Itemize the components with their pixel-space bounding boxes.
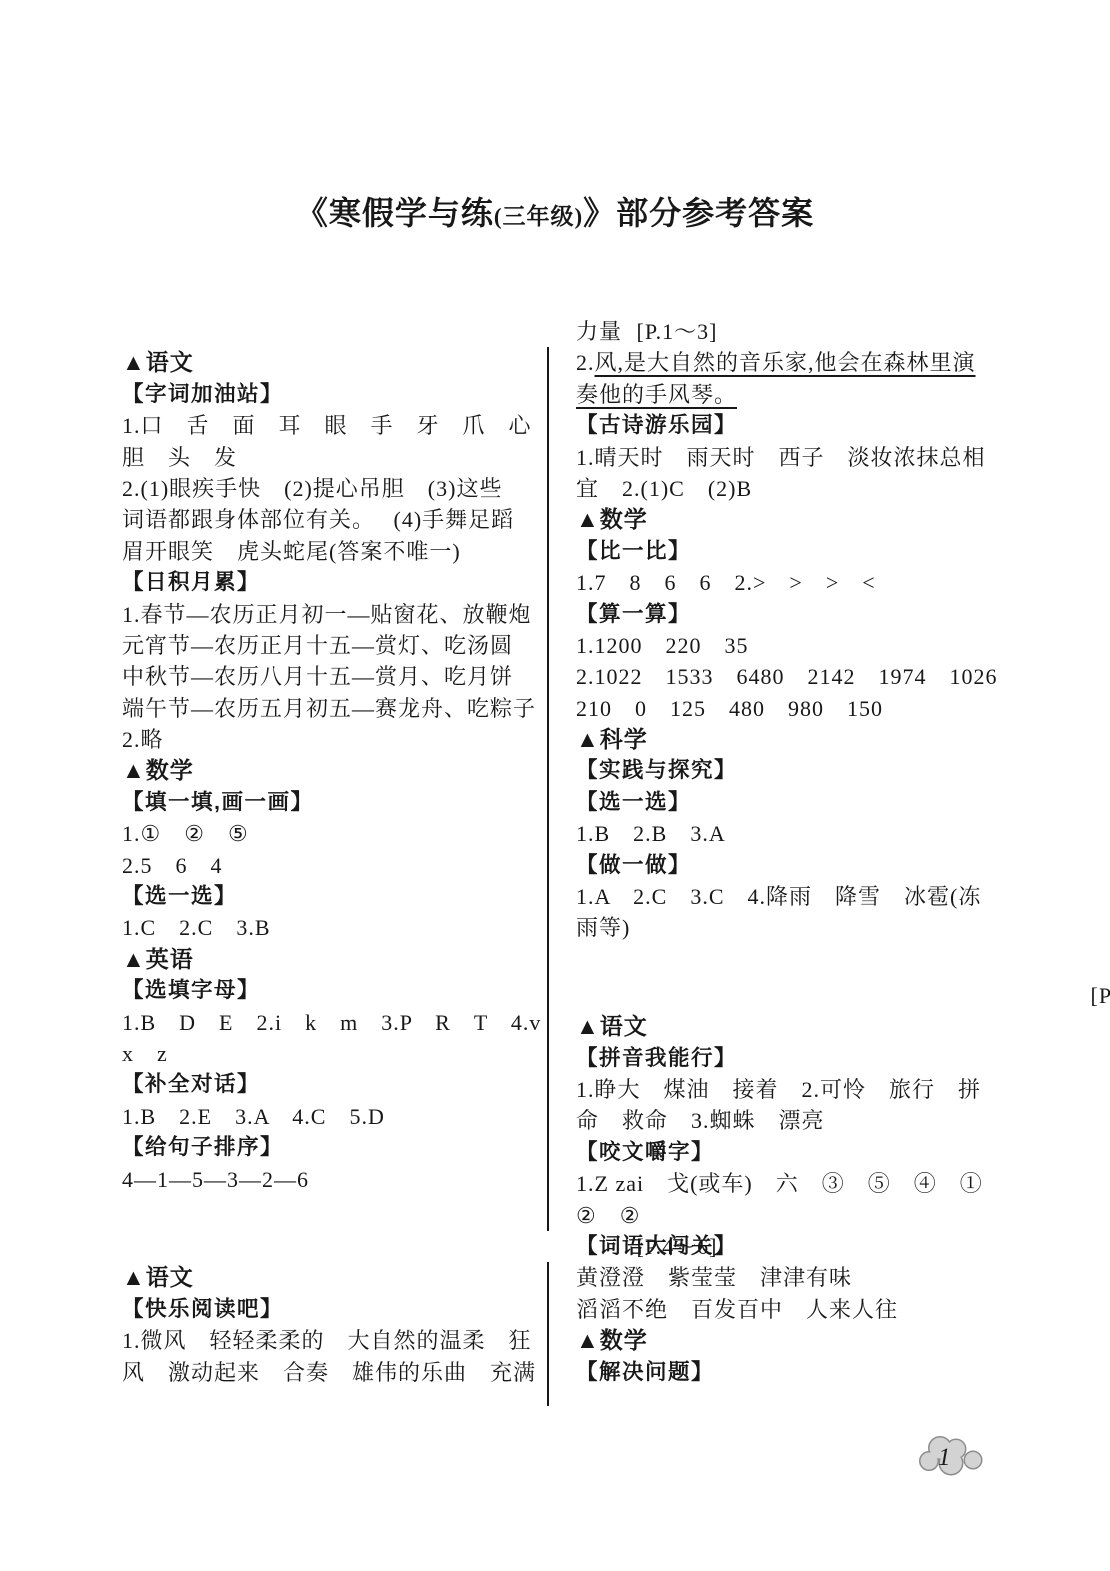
answer-line: 宜 2.(1)C (2)B bbox=[576, 473, 992, 504]
answer-prefix: 2. bbox=[576, 350, 595, 375]
section-heading: 【日积月累】 bbox=[122, 567, 538, 598]
answer-line: 1.微风 轻轻柔柔的 大自然的温柔 狂 bbox=[122, 1325, 538, 1356]
answer-key-page: 《寒假学与练(三年级)》部分参考答案 [P.1～3]▲语文【字词加油站】1.口 … bbox=[0, 0, 1110, 1571]
answer-line: 元宵节—农历正月十五—赏灯、吃汤圆 bbox=[122, 630, 538, 661]
page-title-part1: 《寒假学与练 bbox=[296, 195, 494, 231]
section-heading: 【做一做】 bbox=[576, 850, 992, 881]
answer-line: 风 激动起来 合奏 雄伟的乐曲 充满 bbox=[122, 1357, 538, 1388]
subject-heading: ▲语文 bbox=[122, 1262, 538, 1293]
answer-line: 眉开眼笑 虎头蛇尾(答案不唯一) bbox=[122, 536, 538, 567]
subject-heading: ▲英语 bbox=[122, 944, 538, 975]
answer-line: 雨等) bbox=[576, 912, 992, 943]
section-heading: 【拼音我能行】 bbox=[576, 1043, 992, 1074]
answer-line: 胆 头 发 bbox=[122, 442, 538, 473]
section-heading: 【字词加油站】 bbox=[122, 379, 538, 410]
section-heading: 【填一填,画一画】 bbox=[122, 787, 538, 818]
section-heading: 【给句子排序】 bbox=[122, 1132, 538, 1163]
page-number-cloud: 1 bbox=[918, 1433, 984, 1479]
section-heading: 【快乐阅读吧】 bbox=[122, 1294, 538, 1325]
answer-line: 黄澄澄 紫莹莹 津津有味 bbox=[576, 1262, 992, 1293]
section-heading: 【解决问题】 bbox=[576, 1357, 992, 1388]
answer-line: 中秋节—农历八月十五—赏月、吃月饼 bbox=[122, 661, 538, 692]
section-heading: 【古诗游乐园】 bbox=[576, 410, 992, 441]
answer-line: 1.1200 220 35 bbox=[576, 630, 992, 661]
answer-line: x z bbox=[122, 1038, 538, 1069]
spacer bbox=[576, 944, 992, 980]
answer-line: 端午节—农历五月初五—赛龙舟、吃粽子 bbox=[122, 693, 538, 724]
answer-line: ② ② bbox=[576, 1200, 992, 1231]
section-heading: 【选一选】 bbox=[576, 787, 992, 818]
section-heading: 【咬文嚼字】 bbox=[576, 1137, 992, 1168]
section-heading: 【比一比】 bbox=[576, 536, 992, 567]
section-heading: 【算一算】 bbox=[576, 599, 992, 630]
page-range-heading: [P.7～9] bbox=[576, 980, 1110, 1011]
answer-line: 词语都跟身体部位有关。 (4)手舞足蹈 bbox=[122, 504, 538, 535]
page-number: 1 bbox=[938, 1444, 951, 1471]
answer-line: 1.口 舌 面 耳 眼 手 牙 爪 心 bbox=[122, 410, 538, 441]
page-title-part2: 》部分参考答案 bbox=[583, 195, 814, 231]
answer-line: 奏他的手风琴。 bbox=[576, 379, 992, 410]
subject-heading: ▲数学 bbox=[576, 1325, 992, 1356]
answer-line: 210 0 125 480 980 150 bbox=[576, 693, 992, 724]
answer-line: 1.晴天时 雨天时 西子 淡妆浓抹总相 bbox=[576, 442, 992, 473]
underlined-answer: 奏他的手风琴。 bbox=[576, 382, 737, 407]
answer-line: 2.风,是大自然的音乐家,他会在森林里演 bbox=[576, 347, 992, 378]
section-heading: 【实践与探究】 bbox=[576, 755, 992, 786]
answer-line: 1.C 2.C 3.B bbox=[122, 912, 538, 943]
answer-line: 2.略 bbox=[122, 724, 538, 755]
subject-heading: ▲数学 bbox=[576, 504, 992, 535]
answer-line: 1.A 2.C 3.C 4.降雨 降雪 冰雹(冻 bbox=[576, 881, 992, 912]
answer-line: 2.(1)眼疾手快 (2)提心吊胆 (3)这些 bbox=[122, 473, 538, 504]
subject-heading: ▲语文 bbox=[122, 347, 538, 378]
underlined-answer: 风,是大自然的音乐家,他会在森林里演 bbox=[595, 350, 976, 375]
page-title: 《寒假学与练(三年级)》部分参考答案 bbox=[0, 188, 1110, 234]
subject-heading: ▲语文 bbox=[576, 1011, 992, 1042]
right-column: 力量2.风,是大自然的音乐家,他会在森林里演奏他的手风琴。【古诗游乐园】1.晴天… bbox=[576, 316, 992, 1388]
answer-line: 4—1—5—3—2—6 bbox=[122, 1164, 538, 1195]
answer-line: 1.B 2.B 3.A bbox=[576, 818, 992, 849]
section-heading: 【选填字母】 bbox=[122, 975, 538, 1006]
section-heading: 【选一选】 bbox=[122, 881, 538, 912]
answer-line: 命 救命 3.蜘蛛 漂亮 bbox=[576, 1105, 992, 1136]
spacer bbox=[122, 1195, 538, 1231]
answer-line: 力量 bbox=[576, 316, 992, 347]
answer-line: 1.春节—农历正月初一—贴窗花、放鞭炮 bbox=[122, 599, 538, 630]
page-title-grade: (三年级) bbox=[494, 204, 583, 229]
section-heading: 【补全对话】 bbox=[122, 1069, 538, 1100]
answer-line: 1.B 2.E 3.A 4.C 5.D bbox=[122, 1101, 538, 1132]
answer-line: 1.Z zai 戈(或车) 六 ③ ⑤ ④ ① bbox=[576, 1168, 992, 1199]
subject-heading: ▲数学 bbox=[122, 755, 538, 786]
answer-line: 1.睁大 煤油 接着 2.可怜 旅行 拼 bbox=[576, 1074, 992, 1105]
section-heading: 【词语大闯关】 bbox=[576, 1231, 992, 1262]
answer-line: 1.① ② ⑤ bbox=[122, 818, 538, 849]
left-column: [P.1～3]▲语文【字词加油站】1.口 舌 面 耳 眼 手 牙 爪 心胆 头 … bbox=[122, 316, 538, 1388]
subject-heading: ▲科学 bbox=[576, 724, 992, 755]
answer-line: 2.1022 1533 6480 2142 1974 1026 bbox=[576, 661, 992, 692]
answer-line: 滔滔不绝 百发百中 人来人往 bbox=[576, 1294, 992, 1325]
answer-line: 2.5 6 4 bbox=[122, 850, 538, 881]
answer-line: 1.7 8 6 6 2.> > > < bbox=[576, 567, 992, 598]
answer-line: 1.B D E 2.i k m 3.P R T 4.v bbox=[122, 1007, 538, 1038]
